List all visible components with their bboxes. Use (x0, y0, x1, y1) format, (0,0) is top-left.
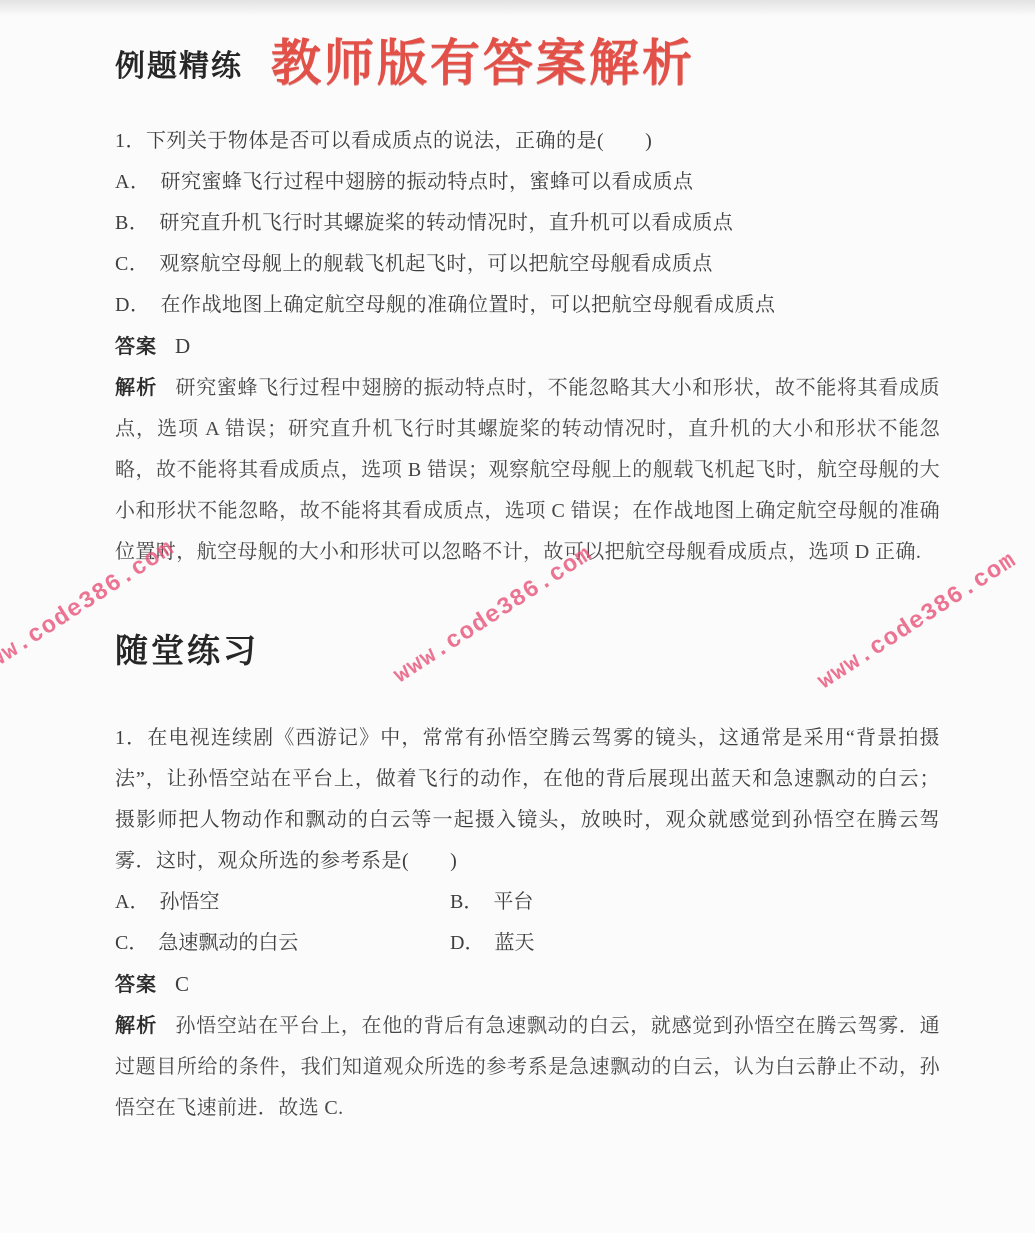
answer-label: 答案 (115, 974, 157, 996)
option-c: C．急速飘动的白云 (115, 923, 450, 964)
option-text: 在作战地图上确定航空母舰的准确位置时，可以把航空母舰看成质点 (160, 294, 775, 316)
option-letter: B． (115, 212, 149, 234)
option-letter: B． (450, 891, 483, 913)
teacher-edition-banner: 教师版有答案解析 (271, 36, 695, 91)
page-header: 例题精练 教师版有答案解析 (115, 36, 940, 91)
worksheet-page: 例题精练 教师版有答案解析 1．下列关于物体是否可以看成质点的说法，正确的是( … (0, 0, 1035, 1233)
answer-value: C (175, 972, 190, 996)
option-d: D．蓝天 (450, 923, 940, 964)
answer-label: 答案 (115, 336, 157, 358)
option-a: A．研究蜜蜂飞行过程中翅膀的振动特点时，蜜蜂可以看成质点 (115, 162, 940, 203)
analysis-label: 解析 (115, 1015, 158, 1037)
option-letter: C． (115, 932, 148, 954)
option-c: C．观察航空母舰上的舰载飞机起飞时，可以把航空母舰看成质点 (115, 244, 940, 285)
question-stem: 1．在电视连续剧《西游记》中，常常有孙悟空腾云驾雾的镜头，这通常是采用“背景拍摄… (115, 718, 940, 882)
analysis-text: 研究蜜蜂飞行过程中翅膀的振动特点时，不能忽略其大小和形状，故不能将其看成质点，选… (115, 377, 940, 563)
option-text: 孙悟空 (159, 891, 219, 913)
scan-edge-shade (0, 0, 1035, 16)
analysis-paragraph: 解析孙悟空站在平台上，在他的背后有急速飘动的白云，就感觉到孙悟空在腾云驾雾．通过… (115, 1006, 940, 1129)
option-letter: A． (115, 171, 150, 193)
option-text: 研究直升机飞行时其螺旋桨的转动情况时，直升机可以看成质点 (159, 212, 733, 234)
options-grid: A．孙悟空 B．平台 C．急速飘动的白云 D．蓝天 (115, 882, 940, 964)
practice-question-block: 1．在电视连续剧《西游记》中，常常有孙悟空腾云驾雾的镜头，这通常是采用“背景拍摄… (115, 718, 940, 1129)
option-b: B．平台 (450, 882, 940, 923)
analysis-paragraph: 解析研究蜜蜂飞行过程中翅膀的振动特点时，不能忽略其大小和形状，故不能将其看成质点… (115, 368, 940, 573)
option-text: 急速飘动的白云 (158, 932, 298, 954)
option-d: D．在作战地图上确定航空母舰的准确位置时，可以把航空母舰看成质点 (115, 285, 940, 326)
option-a: A．孙悟空 (115, 882, 450, 923)
answer-row: 答案D (115, 326, 940, 368)
section-title-example-practice: 例题精练 (115, 49, 243, 91)
example-question-block: 1．下列关于物体是否可以看成质点的说法，正确的是( ) A．研究蜜蜂飞行过程中翅… (115, 121, 940, 573)
option-text: 平台 (493, 891, 533, 913)
option-letter: D． (115, 294, 150, 316)
option-b: B．研究直升机飞行时其螺旋桨的转动情况时，直升机可以看成质点 (115, 203, 940, 244)
options-list: A．研究蜜蜂飞行过程中翅膀的振动特点时，蜜蜂可以看成质点 B．研究直升机飞行时其… (115, 162, 940, 326)
option-text: 蓝天 (494, 932, 534, 954)
option-text: 研究蜜蜂飞行过程中翅膀的振动特点时，蜜蜂可以看成质点 (160, 171, 693, 193)
analysis-text: 孙悟空站在平台上，在他的背后有急速飘动的白云，就感觉到孙悟空在腾云驾雾．通过题目… (115, 1015, 940, 1119)
option-letter: C． (115, 253, 149, 275)
analysis-label: 解析 (115, 377, 158, 399)
option-letter: A． (115, 891, 149, 913)
answer-row: 答案C (115, 964, 940, 1006)
option-text: 观察航空母舰上的舰载飞机起飞时，可以把航空母舰看成质点 (159, 253, 713, 275)
question-stem: 1．下列关于物体是否可以看成质点的说法，正确的是( ) (115, 121, 940, 162)
answer-value: D (175, 334, 191, 358)
section-title-practice: 随堂练习 (115, 625, 940, 672)
option-letter: D． (450, 932, 484, 954)
